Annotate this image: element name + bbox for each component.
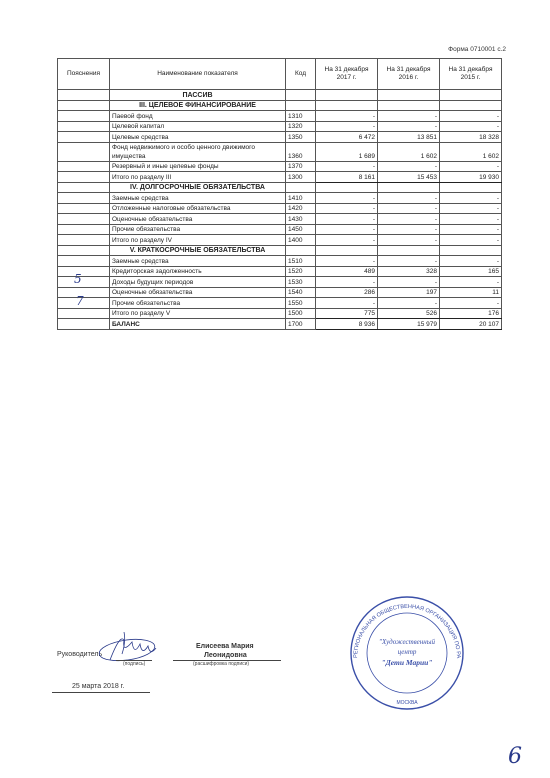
value-cell xyxy=(316,90,378,101)
value-2015: - xyxy=(440,111,502,122)
indicator-code: 1700 xyxy=(286,319,316,330)
value-2015: 20 107 xyxy=(440,319,502,330)
table-row: Оценочные обязательства1430--- xyxy=(58,214,502,225)
notes-cell xyxy=(58,266,110,277)
indicator-code: 1550 xyxy=(286,298,316,309)
value-2016: - xyxy=(378,214,440,225)
notes-cell xyxy=(58,172,110,183)
indicator-code: 1400 xyxy=(286,235,316,246)
indicator-name: Целевой капитал xyxy=(110,121,286,132)
value-2016: - xyxy=(378,224,440,235)
balance-sheet-table: Пояснения Наименование показателя Код На… xyxy=(57,58,502,330)
code-cell xyxy=(286,100,316,111)
notes-cell xyxy=(58,111,110,122)
value-2017: - xyxy=(316,224,378,235)
indicator-name: Отложенные налоговые обязательства xyxy=(110,203,286,214)
section-3-header: III. ЦЕЛЕВОЕ ФИНАНСИРОВАНИЕ xyxy=(58,100,502,111)
indicator-code: 1430 xyxy=(286,214,316,225)
signature-caption: (подпись) xyxy=(123,661,145,667)
value-2016: - xyxy=(378,203,440,214)
notes-cell xyxy=(58,161,110,172)
indicator-name: Прочие обязательства xyxy=(110,224,286,235)
handwritten-note-7: 7 xyxy=(76,294,84,308)
section-title: V. КРАТКОСРОЧНЫЕ ОБЯЗАТЕЛЬСТВА xyxy=(110,245,286,256)
notes-cell xyxy=(58,308,110,319)
value-2017: - xyxy=(316,121,378,132)
value-2015: - xyxy=(440,193,502,204)
value-2017: - xyxy=(316,161,378,172)
header-notes: Пояснения xyxy=(58,59,110,90)
code-cell xyxy=(286,182,316,193)
table-row: Целевой капитал1320--- xyxy=(58,121,502,132)
table-row: Заемные средства1410--- xyxy=(58,193,502,204)
value-2017: - xyxy=(316,203,378,214)
value-2017: 489 xyxy=(316,266,378,277)
value-2015: - xyxy=(440,224,502,235)
indicator-name: Оценочные обязательства xyxy=(110,287,286,298)
indicator-code: 1420 xyxy=(286,203,316,214)
notes-cell xyxy=(58,100,110,111)
section-passiv-header: ПАССИВ xyxy=(58,90,502,101)
table-row: Резервный и иные целевые фонды1370--- xyxy=(58,161,502,172)
value-2015: 1 602 xyxy=(440,142,502,161)
value-2016: - xyxy=(378,193,440,204)
section-title: ПАССИВ xyxy=(110,90,286,101)
value-2015: 165 xyxy=(440,266,502,277)
handwritten-note-5: 5 xyxy=(74,272,82,286)
indicator-name: Доходы будущих периодов xyxy=(110,277,286,288)
value-cell xyxy=(440,90,502,101)
indicator-name: Целевые средства xyxy=(110,132,286,143)
value-2015: 11 xyxy=(440,287,502,298)
value-cell xyxy=(316,182,378,193)
value-2016: 526 xyxy=(378,308,440,319)
value-2017: 286 xyxy=(316,287,378,298)
value-2015: 176 xyxy=(440,308,502,319)
notes-cell xyxy=(58,121,110,132)
indicator-code: 1540 xyxy=(286,287,316,298)
indicator-name: Итого по разделу III xyxy=(110,172,286,183)
table-row: Итого по разделу IV1400--- xyxy=(58,235,502,246)
indicator-name: Резервный и иные целевые фонды xyxy=(110,161,286,172)
table-row: Заемные средства1510--- xyxy=(58,256,502,267)
table-row: Фонд недвижимого и особо ценного движимо… xyxy=(58,142,502,161)
table-row: Паевой фонд1310--- xyxy=(58,111,502,122)
notes-cell xyxy=(58,245,110,256)
form-code: Форма 0710001 с.2 xyxy=(448,46,506,53)
svg-text:"Дети Марии": "Дети Марии" xyxy=(382,658,433,667)
value-2015: - xyxy=(440,277,502,288)
indicator-code: 1350 xyxy=(286,132,316,143)
value-2016: - xyxy=(378,298,440,309)
indicator-name: Фонд недвижимого и особо ценного движимо… xyxy=(110,142,286,161)
indicator-code: 1310 xyxy=(286,111,316,122)
notes-cell xyxy=(58,277,110,288)
code-cell xyxy=(286,90,316,101)
notes-cell xyxy=(58,235,110,246)
section-4-header: IV. ДОЛГОСРОЧНЫЕ ОБЯЗАТЕЛЬСТВА xyxy=(58,182,502,193)
table-row: БАЛАНС17008 93615 97920 107 xyxy=(58,319,502,330)
header-2015: На 31 декабря 2015 г. xyxy=(440,59,502,90)
value-cell xyxy=(378,100,440,111)
value-cell xyxy=(316,245,378,256)
value-2015: - xyxy=(440,121,502,132)
table-row: Итого по разделу III13008 16115 45319 93… xyxy=(58,172,502,183)
value-2016: 197 xyxy=(378,287,440,298)
value-2017: - xyxy=(316,277,378,288)
table-row: Итого по разделу V1500775526176 xyxy=(58,308,502,319)
header-2016: На 31 декабря 2016 г. xyxy=(378,59,440,90)
value-cell xyxy=(378,245,440,256)
value-2017: 8 161 xyxy=(316,172,378,183)
value-cell xyxy=(378,90,440,101)
notes-cell xyxy=(58,132,110,143)
value-2017: - xyxy=(316,193,378,204)
indicator-code: 1360 xyxy=(286,142,316,161)
indicator-code: 1500 xyxy=(286,308,316,319)
notes-cell xyxy=(58,182,110,193)
table-row: Доходы будущих периодов1530--- xyxy=(58,277,502,288)
value-2016: - xyxy=(378,235,440,246)
svg-text:"Художественный: "Художественный xyxy=(379,638,435,646)
signature-date: 25 марта 2018 г. xyxy=(72,683,124,690)
indicator-name: БАЛАНС xyxy=(110,319,286,330)
value-2015: - xyxy=(440,161,502,172)
indicator-code: 1300 xyxy=(286,172,316,183)
indicator-name: Кредиторская задолженность xyxy=(110,266,286,277)
value-2015: 19 930 xyxy=(440,172,502,183)
indicator-code: 1370 xyxy=(286,161,316,172)
notes-cell xyxy=(58,203,110,214)
value-2016: 15 453 xyxy=(378,172,440,183)
value-2017: - xyxy=(316,111,378,122)
value-cell xyxy=(378,182,440,193)
value-2015: - xyxy=(440,203,502,214)
value-2016: - xyxy=(378,161,440,172)
organization-stamp-icon: РЕГИОНАЛЬНАЯ ОБЩЕСТВЕННАЯ ОРГАНИЗАЦИЯ ПО… xyxy=(337,588,477,713)
value-2015: - xyxy=(440,214,502,225)
value-cell xyxy=(316,100,378,111)
svg-text:центр: центр xyxy=(398,648,417,656)
indicator-code: 1520 xyxy=(286,266,316,277)
value-2016: - xyxy=(378,111,440,122)
code-cell xyxy=(286,245,316,256)
value-2017: 8 936 xyxy=(316,319,378,330)
value-2015: - xyxy=(440,256,502,267)
notes-cell xyxy=(58,90,110,101)
table-row: Прочие обязательства1450--- xyxy=(58,224,502,235)
value-2016: - xyxy=(378,121,440,132)
section-5-header: V. КРАТКОСРОЧНЫЕ ОБЯЗАТЕЛЬСТВА xyxy=(58,245,502,256)
value-2017: 6 472 xyxy=(316,132,378,143)
table-row: Оценочные обязательства154028619711 xyxy=(58,287,502,298)
notes-cell xyxy=(58,256,110,267)
value-2016: - xyxy=(378,277,440,288)
value-2017: - xyxy=(316,235,378,246)
svg-text:МОСКВА: МОСКВА xyxy=(396,700,418,706)
indicator-name: Заемные средства xyxy=(110,256,286,267)
signer-name-line1: Елисеева Мария xyxy=(196,643,254,650)
value-cell xyxy=(440,100,502,111)
value-2015: - xyxy=(440,235,502,246)
indicator-name: Заемные средства xyxy=(110,193,286,204)
notes-cell xyxy=(58,214,110,225)
header-code: Код xyxy=(286,59,316,90)
page-mark: 6 xyxy=(508,744,522,769)
table-row: Отложенные налоговые обязательства1420--… xyxy=(58,203,502,214)
indicator-code: 1450 xyxy=(286,224,316,235)
value-2016: - xyxy=(378,256,440,267)
indicator-name: Итого по разделу V xyxy=(110,308,286,319)
indicator-name: Прочие обязательства xyxy=(110,298,286,309)
value-2016: 13 851 xyxy=(378,132,440,143)
indicator-name: Оценочные обязательства xyxy=(110,214,286,225)
value-2017: 1 689 xyxy=(316,142,378,161)
value-2016: 15 979 xyxy=(378,319,440,330)
table-row: Кредиторская задолженность1520489328165 xyxy=(58,266,502,277)
value-cell xyxy=(440,182,502,193)
header-name: Наименование показателя xyxy=(110,59,286,90)
table-row: Прочие обязательства1550--- xyxy=(58,298,502,309)
notes-cell xyxy=(58,142,110,161)
value-2016: 328 xyxy=(378,266,440,277)
notes-cell xyxy=(58,224,110,235)
header-2017: На 31 декабря 2017 г. xyxy=(316,59,378,90)
value-2017: - xyxy=(316,256,378,267)
value-2017: - xyxy=(316,298,378,309)
section-title: IV. ДОЛГОСРОЧНЫЕ ОБЯЗАТЕЛЬСТВА xyxy=(110,182,286,193)
value-2015: - xyxy=(440,298,502,309)
date-line xyxy=(52,692,150,693)
notes-cell xyxy=(58,193,110,204)
section-title: III. ЦЕЛЕВОЕ ФИНАНСИРОВАНИЕ xyxy=(110,100,286,111)
table-row: Целевые средства13506 47213 85118 328 xyxy=(58,132,502,143)
value-2015: 18 328 xyxy=(440,132,502,143)
indicator-code: 1530 xyxy=(286,277,316,288)
signer-name-line2: Леонидовна xyxy=(204,652,247,659)
table-header-row: Пояснения Наименование показателя Код На… xyxy=(58,59,502,90)
name-caption: (расшифровка подписи) xyxy=(193,661,249,667)
indicator-code: 1410 xyxy=(286,193,316,204)
value-2017: 775 xyxy=(316,308,378,319)
indicator-code: 1510 xyxy=(286,256,316,267)
value-cell xyxy=(440,245,502,256)
notes-cell xyxy=(58,319,110,330)
value-2017: - xyxy=(316,214,378,225)
value-2016: 1 602 xyxy=(378,142,440,161)
indicator-name: Паевой фонд xyxy=(110,111,286,122)
indicator-code: 1320 xyxy=(286,121,316,132)
indicator-name: Итого по разделу IV xyxy=(110,235,286,246)
